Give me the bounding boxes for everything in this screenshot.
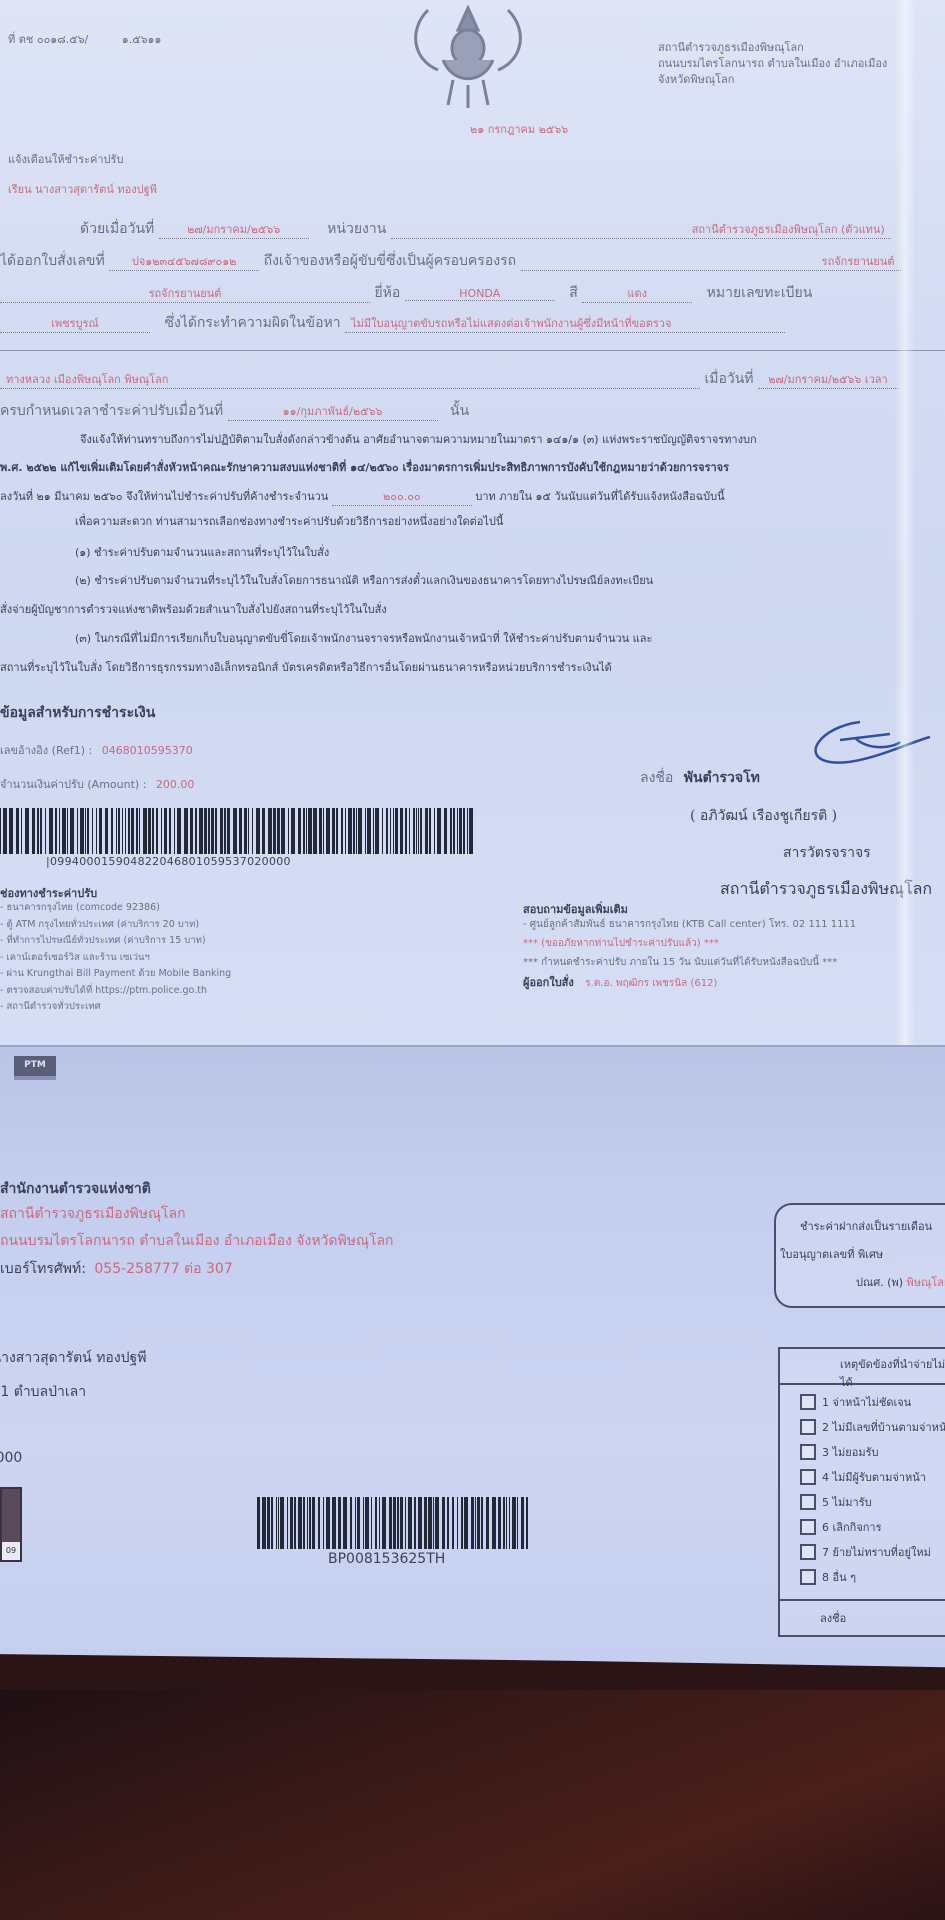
vehicle-brand: HONDA	[405, 287, 555, 301]
barcode-bar	[341, 808, 343, 854]
postage-stamp: 09	[0, 1487, 22, 1562]
amount-value: 200.00	[156, 778, 195, 791]
sender-address: ถนนบรมไตรโลกนารถ ตำบลในเมือง อำเภอเมือง …	[0, 1230, 394, 1252]
agency-line-2: ถนนบรมไตรโลกนารถ ตำบลในเมือง อำเภอเมือง	[658, 56, 887, 72]
postage-line-2: ใบอนุญาตเลขที่ พิเศษ	[780, 1245, 883, 1263]
barcode-bar	[375, 808, 379, 854]
barcode-bar	[326, 1497, 330, 1549]
barcode-bar	[498, 1497, 501, 1549]
barcode-bar	[224, 808, 226, 854]
barcode-bar	[506, 1497, 507, 1549]
barcode-bar	[486, 1497, 489, 1549]
barcode-bar	[143, 808, 147, 854]
barcode-bar	[435, 1497, 439, 1549]
barcode-bar	[220, 808, 223, 854]
barcode-bar	[3, 808, 7, 854]
tracking-barcode	[257, 1497, 533, 1549]
barcode-bar	[453, 808, 455, 854]
barcode-bar	[85, 808, 86, 854]
return-reason-label: 1 จ่าหน้าไม่ชัดเจน	[822, 1393, 911, 1411]
barcode-bar	[409, 808, 410, 854]
body-line-3: รถจักรยานยนต์ ยี่ห้อ HONDA สี แดง หมายเล…	[0, 282, 812, 304]
barcode-bar	[309, 1497, 311, 1549]
barcode-bar	[139, 808, 140, 854]
barcode-bar	[457, 808, 458, 854]
return-reason-item: 5 ไม่มารับ	[780, 1489, 945, 1514]
postage-prefix: ปณศ. (พ)	[856, 1276, 903, 1289]
barcode-bar	[475, 1497, 476, 1549]
return-reason-item: 7 ย้ายไม่ทราบที่อยู่ใหม่	[780, 1539, 945, 1564]
barcode-bar	[428, 1497, 432, 1549]
label-ticket-no: ได้ออกใบสั่งเลขที่	[0, 253, 105, 269]
stamp-number: 09	[2, 1542, 20, 1560]
offense-location: ทางหลวง เมืองพิษณุโลก พิษณุโลก	[0, 370, 700, 389]
sign-label: ลงชื่อ	[640, 770, 673, 786]
return-reason-label: 3 ไม่ยอมรับ	[822, 1443, 878, 1461]
barcode-bar	[244, 808, 247, 854]
barcode-bar	[319, 808, 322, 854]
offense-charge: ไม่มีใบอนุญาตขับรถหรือไม่แสดงต่อเจ้าพนัก…	[345, 314, 785, 333]
barcode-bar	[382, 808, 383, 854]
offense-date: ๒๗/มกราคม/๒๕๖๖	[159, 220, 309, 239]
barcode-bar	[405, 1497, 406, 1549]
paragraph-3: ลงวันที่ ๒๑ มีนาคม ๒๕๖๐ จึงให้ท่านไปชำระ…	[0, 487, 725, 506]
checkbox[interactable]	[800, 1544, 816, 1560]
label-date: ด้วยเมื่อวันที่	[80, 221, 154, 237]
barcode-bar	[195, 808, 197, 854]
issuer-row: ผู้ออกใบสั่ง ร.ต.อ. พฤฒิกร เพชรนิล (612)	[523, 973, 717, 991]
payment-barcode	[0, 808, 475, 854]
barcode-bar	[116, 808, 117, 854]
barcode-bar	[348, 808, 352, 854]
barcode-bar	[161, 808, 162, 854]
barcode-bar	[356, 808, 357, 854]
barcode-bar	[184, 808, 188, 854]
barcode-bar	[371, 1497, 372, 1549]
barcode-bar	[233, 808, 237, 854]
barcode-bar	[365, 1497, 369, 1549]
barcode-bar	[45, 808, 46, 854]
barcode-bar	[512, 1497, 516, 1549]
postage-paid-box: ชำระค่าฝากส่งเป็นรายเดือน ใบอนุญาตเลขที่…	[774, 1203, 945, 1308]
pay-channels-list: - ธนาคารกรุงไทย (comcode 92386)- ตู้ ATM…	[0, 900, 231, 1016]
ref-value: ๑.๕๖๑๑	[122, 33, 162, 46]
contact-title: สอบถามข้อมูลเพิ่มเติม	[523, 900, 628, 918]
label-owner: ถึงเจ้าของหรือผู้ขับขี่ซึ่งเป็นผู้ครอบคร…	[264, 253, 516, 269]
barcode-bar	[425, 808, 428, 854]
amount-label: จำนวนเงินค่าปรับ (Amount) :	[0, 778, 146, 791]
barcode-bar	[62, 808, 66, 854]
pay-channel-item: - ตู้ ATM กรุงไทยทั่วประเทศ (ค่าบริการ 2…	[0, 917, 231, 934]
barcode-bar	[303, 1497, 305, 1549]
return-reason-label: 4 ไม่มีผู้รับตามจ่าหน้า	[822, 1468, 926, 1486]
barcode-bar	[87, 808, 89, 854]
barcode-bar	[288, 808, 289, 854]
barcode-bar	[136, 808, 138, 854]
barcode-bar	[105, 808, 108, 854]
barcode-bar	[461, 1497, 463, 1549]
return-reason-item: 2 ไม่มีเลขที่บ้านตามจ่าหน้า	[780, 1414, 945, 1439]
barcode-bar	[481, 1497, 483, 1549]
barcode-bar	[125, 808, 126, 854]
paragraph-4: เพื่อความสะดวก ท่านสามารถเลือกช่องทางชำร…	[75, 512, 503, 530]
barcode-bar	[332, 808, 335, 854]
barcode-bar	[467, 808, 468, 854]
para3-prefix: ลงวันที่ ๒๑ มีนาคม ๒๕๖๐ จึงให้ท่านไปชำระ…	[0, 490, 328, 503]
return-sign-label: ลงชื่อ	[780, 1599, 945, 1635]
barcode-bar	[434, 808, 435, 854]
barcode-bar	[400, 1497, 403, 1549]
paragraph-2: พ.ศ. ๒๕๒๒ แก้ไขเพิ่มเติมโดยคำสั่งหัวหน้า…	[0, 458, 729, 476]
barcode-bar	[424, 1497, 427, 1549]
payment-title: ข้อมูลสำหรับการชำระเงิน	[0, 702, 155, 724]
ticket-number: ปจ๑๒๓๔๕๖๗๘๙๐๑๒	[109, 252, 259, 271]
return-reason-item: 4 ไม่มีผู้รับตามจ่าหน้า	[780, 1464, 945, 1489]
barcode-bar	[463, 808, 465, 854]
barcode-bar	[318, 1497, 320, 1549]
barcode-bar	[92, 808, 93, 854]
barcode-bar	[131, 808, 134, 854]
postage-line-3: ปณศ. (พ) พิษณุโลก	[856, 1273, 945, 1291]
letter-subject: แจ้งเตือนให้ชำระค่าปรับ	[8, 150, 123, 168]
wooden-table-background	[0, 1690, 945, 1920]
label-offense: ซึ่งได้กระทำความผิดในข้อหา	[164, 315, 340, 331]
label-due-date: ครบกำหนดเวลาชำระค่าปรับเมื่อวันที่	[0, 403, 223, 419]
ref1-value: 0468010595370	[102, 744, 193, 757]
vehicle-type: รถจักรยานยนต์	[521, 252, 901, 271]
pay-channel-item: - ธนาคารกรุงไทย (comcode 92386)	[0, 900, 231, 917]
barcode-bar	[290, 1497, 293, 1549]
due-date: ๑๑/กุมภาพันธ์/๒๕๖๖	[228, 402, 438, 421]
ref-label: ที่ ตช ๐๐๑๘.๕๖/	[8, 33, 88, 46]
body-line-6: ครบกำหนดเวลาชำระค่าปรับเมื่อวันที่ ๑๑/กุ…	[0, 400, 469, 422]
barcode-bar	[190, 808, 193, 854]
barcode-bar	[338, 1497, 341, 1549]
return-reason-label: 8 อื่น ๆ	[822, 1568, 856, 1586]
fine-notice-letter: ที่ ตช ๐๐๑๘.๕๖/ ๑.๕๖๑๑ สถานีตำรวจภูธรเมื…	[0, 0, 945, 1045]
option-3b: สถานที่ระบุไว้ในใบสั่ง โดยวิธีการธุรกรรม…	[0, 658, 612, 676]
barcode-bar	[386, 808, 388, 854]
barcode-bar	[393, 808, 394, 854]
barcode-bar	[122, 808, 123, 854]
barcode-bar	[353, 808, 355, 854]
contact-line-1: - ศูนย์ลูกค้าสัมพันธ์ ธนาคารกรุงไทย (KTB…	[523, 917, 856, 932]
barcode-bar	[262, 1497, 266, 1549]
reference-number: ที่ ตช ๐๐๑๘.๕๖/ ๑.๕๖๑๑	[8, 30, 162, 48]
body-line-5: ทางหลวง เมืองพิษณุโลก พิษณุโลก เมื่อวันท…	[0, 368, 898, 390]
barcode-bar	[382, 1497, 386, 1549]
agency-line-3: จังหวัดพิษณุโลก	[658, 72, 887, 88]
fill-rule	[0, 350, 945, 351]
signature-mark-icon	[800, 712, 940, 772]
checkbox[interactable]	[800, 1494, 816, 1510]
tracking-number: BP008153625TH	[328, 1551, 445, 1567]
barcode-bar	[59, 808, 60, 854]
label-brand: ยี่ห้อ	[374, 285, 400, 301]
barcode-bar	[156, 808, 158, 854]
barcode-bar	[393, 1497, 396, 1549]
barcode-bar	[278, 1497, 279, 1549]
barcode-bar	[477, 1497, 480, 1549]
barcode-bar	[429, 808, 431, 854]
label-registration: หมายเลขทะเบียน	[707, 285, 813, 301]
barcode-bar	[464, 1497, 468, 1549]
sender-phone: 055-258777 ต่อ 307	[94, 1261, 232, 1277]
return-reason-label: 6 เลิกกิจการ	[822, 1518, 882, 1536]
barcode-bar	[174, 808, 175, 854]
barcode-bar	[215, 808, 217, 854]
option-2a: (๒) ชำระค่าปรับตามจำนวนที่ระบุไว้ในใบสั่…	[75, 571, 653, 589]
return-reason-item: 6 เลิกกิจการ	[780, 1514, 945, 1539]
sender-phone-label: เบอร์โทรศัพท์:	[0, 1261, 86, 1277]
barcode-bar	[358, 808, 362, 854]
barcode-bar	[267, 1497, 270, 1549]
checkbox[interactable]	[800, 1444, 816, 1460]
barcode-bar	[444, 808, 447, 854]
barcode-bar	[49, 808, 53, 854]
barcode-bar	[433, 1497, 434, 1549]
label-color: สี	[569, 285, 578, 301]
body-line-1: ด้วยเมื่อวันที่ ๒๗/มกราคม/๒๕๖๖ หน่วยงาน …	[80, 218, 891, 240]
barcode-bar	[67, 808, 68, 854]
option-1: (๑) ชำระค่าปรับตามจำนวนและสถานที่ระบุไว้…	[75, 543, 329, 561]
barcode-bar	[390, 808, 391, 854]
recipient-name: ชื่อ : นางสาวสุดารัตน์ ทองปฐพี	[0, 1347, 147, 1369]
return-reasons-header: เหตุขัดข้องที่นำจ่ายไม่ได้	[780, 1349, 945, 1385]
barcode-bar	[471, 1497, 474, 1549]
postage-office: พิษณุโลก	[907, 1276, 945, 1289]
barcode-bar	[323, 1497, 324, 1549]
barcode-bar	[326, 808, 330, 854]
ptm-logo: PTM	[14, 1056, 56, 1080]
barcode-bar	[303, 808, 305, 854]
barcode-bar	[375, 1497, 377, 1549]
checkbox[interactable]	[800, 1419, 816, 1435]
barcode-bar	[307, 1497, 308, 1549]
barcode-bar	[336, 808, 338, 854]
option-2b: สั่งจ่ายผู้บัญชาการตำรวจแห่งชาติพร้อมด้ว…	[0, 600, 387, 618]
barcode-bar	[413, 808, 415, 854]
return-reason-label: 7 ย้ายไม่ทราบที่อยู่ใหม่	[822, 1543, 931, 1561]
barcode-bar	[442, 1497, 445, 1549]
fine-amount-thai: ๒๐๐.๐๐	[332, 487, 472, 506]
checkbox[interactable]	[800, 1569, 816, 1585]
recipient-zip: รหัสไปรษณีย์ : 67000	[0, 1447, 22, 1469]
ref1-row: เลขอ้างอิง (Ref1) : 0468010595370	[0, 741, 193, 759]
barcode-bar	[517, 1497, 518, 1549]
agency-line-1: สถานีตำรวจภูธรเมืองพิษณุโลก	[658, 40, 887, 56]
sender-title: สำนักงานตำรวจแห่งชาติ	[0, 1178, 151, 1200]
barcode-bar	[204, 808, 207, 854]
barcode-bar	[287, 1497, 288, 1549]
barcode-bar	[99, 808, 102, 854]
barcode-bar	[418, 1497, 422, 1549]
barcode-bar	[32, 808, 35, 854]
barcode-bar	[169, 808, 171, 854]
barcode-bar	[111, 808, 113, 854]
barcode-bar	[437, 808, 441, 854]
label-unit: หน่วยงาน	[327, 221, 386, 237]
pay-channel-item: - ผ่าน Krungthai Bill Payment ด้วย Mobil…	[0, 966, 231, 983]
barcode-bar	[457, 1497, 458, 1549]
option-3a: (๓) ในกรณีที่ไม่มีการเรียกเก็บใบอนุญาตขั…	[75, 629, 652, 647]
issuer-value: ร.ต.อ. พฤฒิกร เพชรนิล (612)	[585, 978, 717, 989]
barcode-bar	[268, 808, 272, 854]
barcode-bar	[37, 808, 39, 854]
offense-date-time: ๒๗/มกราคม/๒๕๖๖ เวลา	[758, 370, 898, 389]
barcode-bar	[509, 1497, 510, 1549]
barcode-bar	[152, 808, 154, 854]
barcode-bar	[363, 1497, 364, 1549]
barcode-bar	[25, 808, 29, 854]
barcode-bar	[408, 1497, 412, 1549]
barcode-bar	[355, 1497, 356, 1549]
barcode-bar	[248, 808, 249, 854]
barcode-bar	[526, 1497, 528, 1549]
issuing-agency-address: สถานีตำรวจภูธรเมืองพิษณุโลก ถนนบรมไตรโลก…	[658, 40, 887, 88]
vehicle-color: แดง	[582, 284, 692, 303]
body-line-2: ได้ออกใบสั่งเลขที่ ปจ๑๒๓๔๕๖๗๘๙๐๑๒ ถึงเจ้…	[0, 250, 901, 272]
barcode-bar	[211, 808, 214, 854]
barcode-bar	[379, 1497, 380, 1549]
barcode-bar	[405, 808, 407, 854]
body-line-4: เพชรบูรณ์ ซึ่งได้กระทำความผิดในข้อหา ไม่…	[0, 312, 785, 334]
return-reason-item: 3 ไม่ยอมรับ	[780, 1439, 945, 1464]
barcode-bar	[418, 808, 419, 854]
letter-date: ๒๑ กรกฎาคม ๒๕๖๖	[470, 120, 568, 138]
barcode-bar	[323, 808, 324, 854]
payment-barcode-text: |099400015904822046801059537020000	[46, 855, 291, 868]
barcode-bar	[450, 808, 452, 854]
barcode-bar	[298, 1497, 302, 1549]
barcode-bar	[459, 808, 462, 854]
checkbox[interactable]	[800, 1469, 816, 1485]
barcode-bar	[239, 808, 242, 854]
barcode-bar	[96, 808, 97, 854]
barcode-bar	[273, 808, 276, 854]
barcode-bar	[345, 808, 346, 854]
pay-channel-item: - สถานีตำรวจทั่วประเทศ	[0, 999, 231, 1016]
contact-line-3: *** กำหนดชำระค่าปรับ ภายใน 15 วัน นับแต่…	[523, 955, 837, 970]
contact-line-2: *** (ขออภัยหากท่านไปชำระค่าปรับแล้ว) ***	[523, 936, 719, 951]
issuer-label: ผู้ออกใบสั่ง	[523, 976, 574, 989]
barcode-bar	[400, 808, 403, 854]
barcode-bar	[306, 808, 307, 854]
barcode-bar	[16, 808, 19, 854]
barcode-bar	[164, 808, 167, 854]
return-reasons-table: เหตุขัดข้องที่นำจ่ายไม่ได้ 1 จ่าหน้าไม่ช…	[778, 1347, 945, 1637]
barcode-bar	[256, 808, 260, 854]
barcode-bar	[294, 1497, 296, 1549]
due-suffix: นั้น	[450, 403, 469, 419]
barcode-bar	[277, 808, 280, 854]
barcode-bar	[148, 808, 151, 854]
barcode-bar	[0, 808, 1, 854]
officer-name: ( อภิวัฒน์ เรืองชูเกียรติ )	[690, 805, 837, 827]
label-offense-date: เมื่อวันที่	[704, 371, 753, 387]
return-reason-label: 5 ไม่มารับ	[822, 1493, 872, 1511]
amount-row: จำนวนเงินค่าปรับ (Amount) : 200.00	[0, 775, 194, 793]
barcode-bar	[77, 808, 78, 854]
barcode-bar	[199, 808, 203, 854]
barcode-bar	[469, 808, 473, 854]
checkbox[interactable]	[800, 1519, 816, 1535]
barcode-bar	[21, 808, 22, 854]
barcode-bar	[276, 1497, 277, 1549]
letter-recipient: เรียน นางสาวสุดารัตน์ ทองปฐพี	[8, 180, 157, 198]
checkbox[interactable]	[800, 1394, 816, 1410]
recipient-address-1: ที่อยู่ : หมู่ 1 ตำบลป่าเลา	[0, 1381, 86, 1403]
barcode-bar	[271, 1497, 273, 1549]
barcode-bar	[343, 1497, 347, 1549]
para3-suffix: บาท ภายใน ๑๕ วันนับแต่วันที่ได้รับแจ้งหน…	[475, 490, 724, 503]
signature-line: ลงชื่อ พันตำรวจโท	[640, 767, 760, 789]
barcode-bar	[280, 1497, 284, 1549]
barcode-bar	[357, 1497, 360, 1549]
vehicle-province: เพชรบูรณ์	[0, 314, 150, 333]
barcode-bar	[365, 808, 366, 854]
barcode-bar	[308, 808, 312, 854]
barcode-bar	[332, 1497, 336, 1549]
postage-line-1: ชำระค่าฝากส่งเป็นรายเดือน	[800, 1217, 932, 1235]
barcode-bar	[420, 808, 422, 854]
barcode-bar	[521, 1497, 524, 1549]
return-reason-item: 1 จ่าหน้าไม่ชัดเจน	[780, 1389, 945, 1414]
barcode-bar	[9, 808, 13, 854]
barcode-bar	[373, 808, 374, 854]
officer-rank: พันตำรวจโท	[684, 770, 760, 786]
officer-station: สถานีตำรวจภูธรเมืองพิษณุโลก	[720, 877, 932, 902]
barcode-bar	[257, 1497, 260, 1549]
barcode-bar	[40, 808, 42, 854]
pay-channel-item: - เคาน์เตอร์เซอร์วิส และร้าน เซเว่นฯ	[0, 950, 231, 967]
barcode-bar	[70, 808, 74, 854]
barcode-bar	[281, 808, 285, 854]
pay-channel-item: - ตรวจสอบค่าปรับได้ที่ https://ptm.polic…	[0, 983, 231, 1000]
ref1-label: เลขอ้างอิง (Ref1) :	[0, 744, 92, 757]
barcode-bar	[227, 808, 230, 854]
barcode-bar	[298, 808, 301, 854]
barcode-bar	[313, 808, 317, 854]
barcode-bar	[128, 808, 130, 854]
issuing-unit: สถานีตำรวจภูธรเมืองพิษณุโลก (ตัวแทน)	[391, 220, 891, 239]
barcode-bar	[414, 1497, 416, 1549]
return-reasons-list: 1 จ่าหน้าไม่ชัดเจน2 ไม่มีเลขที่บ้านตามจ่…	[780, 1385, 945, 1589]
barcode-bar	[367, 808, 371, 854]
barcode-bar	[389, 1497, 392, 1549]
return-reason-label: 2 ไม่มีเลขที่บ้านตามจ่าหน้า	[822, 1418, 945, 1436]
paragraph-1: จึงแจ้งให้ท่านทราบถึงการไม่ปฏิบัติตามใบส…	[80, 430, 757, 448]
barcode-bar	[291, 808, 295, 854]
barcode-bar	[177, 808, 181, 854]
barcode-bar	[395, 808, 398, 854]
return-reason-item: 8 อื่น ๆ	[780, 1564, 945, 1589]
barcode-bar	[492, 1497, 496, 1549]
pay-channel-item: - ที่ทำการไปรษณีย์ทั่วประเทศ (ค่าบริการ …	[0, 933, 231, 950]
barcode-bar	[312, 1497, 315, 1549]
barcode-bar	[208, 808, 210, 854]
barcode-bar	[452, 1497, 454, 1549]
barcode-bar	[262, 808, 265, 854]
barcode-bar	[80, 808, 84, 854]
garuda-emblem-icon	[398, 0, 538, 110]
sender-station: สถานีตำรวจภูธรเมืองพิษณุโลก	[0, 1203, 186, 1225]
barcode-bar	[397, 1497, 399, 1549]
barcode-bar	[55, 808, 57, 854]
barcode-bar	[350, 1497, 352, 1549]
barcode-bar	[416, 808, 417, 854]
vehicle-category: รถจักรยานยนต์	[0, 284, 370, 303]
